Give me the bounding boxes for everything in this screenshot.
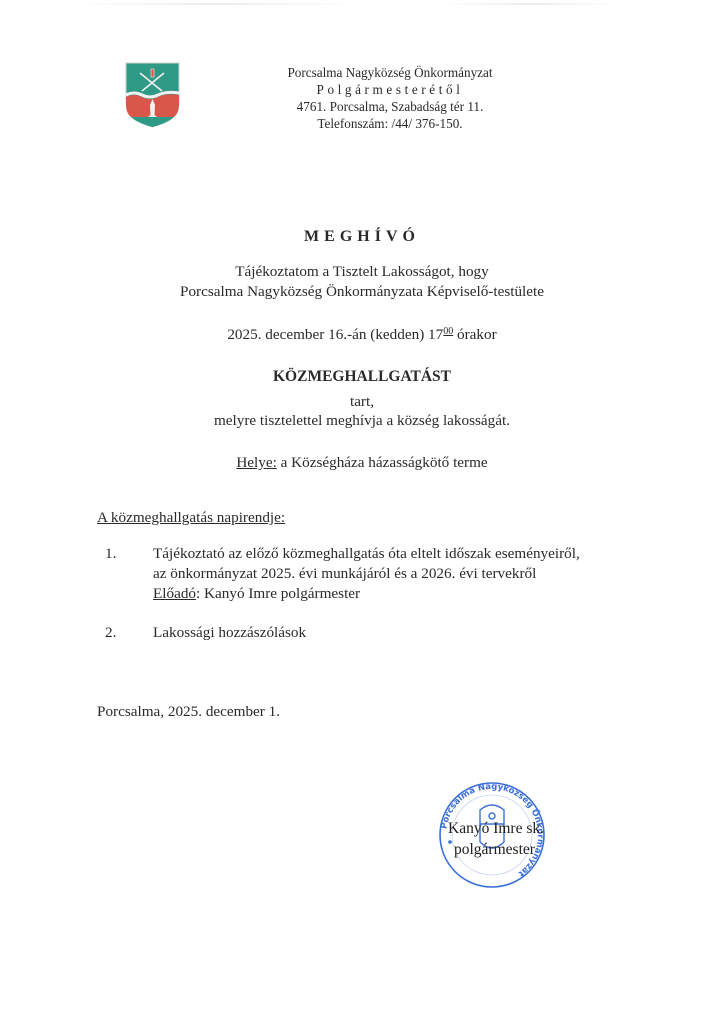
date-text: 2025. december 16.-án (kedden) 17 [227,326,443,343]
agenda-item-line: Tájékoztató az előző közmeghallgatás óta… [153,544,580,564]
intro-line-1: Tájékoztatom a Tisztelt Lakosságot, hogy [0,262,724,282]
venue-label: Helye: [236,454,276,471]
presenter-label: Előadó [153,585,196,602]
venue-value: a Községháza házasságkötő terme [277,454,488,471]
agenda-item-line: az önkormányzat 2025. évi munkájáról és … [153,564,580,584]
signatory-title: polgármester [448,839,544,860]
signatory-name: Kanyó Imre sk. [448,818,544,839]
agenda-item-presenter: Előadó: Kanyó Imre polgármester [153,584,580,604]
invite-line: melyre tisztelettel meghívja a község la… [0,411,724,430]
signature-block: Kanyó Imre sk. polgármester [448,818,544,860]
event-datetime: 2025. december 16.-án (kedden) 1700 órak… [0,326,724,344]
scan-artifact-right [440,3,620,5]
document-title: MEGHÍVÓ [0,228,724,246]
intro-text: Tájékoztatom a Tisztelt Lakosságot, hogy… [0,262,724,302]
address: 4761. Porcsalma, Szabadság tér 11. [240,98,540,115]
agenda-item-line: Lakossági hozzászólások [153,623,306,643]
office-name: Polgármesterétől [240,81,540,98]
invitation-text: tart, melyre tisztelettel meghívja a köz… [0,392,724,430]
tart-line: tart, [0,392,724,411]
intro-line-2: Porcsalma Nagyközség Önkormányzata Képvi… [0,282,724,302]
event-name: KÖZMEGHALLGATÁST [0,368,724,386]
presenter-value: : Kanyó Imre polgármester [196,585,360,602]
coat-of-arms-icon [124,61,181,129]
place-and-date: Porcsalma, 2025. december 1. [97,703,280,721]
date-suffix: órakor [453,326,496,343]
venue: Helye: a Községháza házasságkötő terme [0,454,724,472]
agenda-title: A közmeghallgatás napirendje: [97,509,285,527]
agenda-item-number: 1. [105,544,116,564]
agenda-item-number: 2. [105,623,116,643]
letterhead: Porcsalma Nagyközség Önkormányzat Polgár… [240,64,540,132]
phone: Telefonszám: /44/ 376-150. [240,115,540,132]
time-minutes: 00 [443,326,453,337]
organization-name: Porcsalma Nagyközség Önkormányzat [240,64,540,81]
scan-artifact-left [70,3,360,5]
